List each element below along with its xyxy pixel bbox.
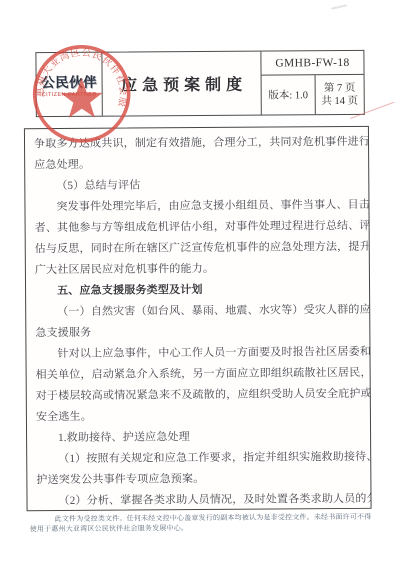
- section-heading: 五、应急支援服务类型及计划: [35, 279, 360, 302]
- page-current: 第 7 页: [324, 81, 356, 94]
- doc-meta-row: 版本: 1.0 第 7 页 共 14 页: [262, 75, 364, 115]
- control-notice-line2: 使用于惠州大亚湾区公民伙伴社会服务发展中心。: [30, 522, 380, 534]
- body-line: （5）总结与评估: [34, 174, 359, 197]
- gray-smudge-artifact: [331, 4, 347, 9]
- body-line: 1.救助接待、护送应急处理: [36, 426, 361, 449]
- body-line: 突发事件处理完毕后，由应急支援小组组员、事件当事人、目击: [34, 195, 359, 218]
- body-line: 相关单位，启动紧急介入系统，另一方面应立即组织疏散社区居民，: [36, 363, 361, 386]
- body-line: 者、其他参与方等组成危机评估小组，对事件处理过程进行总结、评: [35, 216, 360, 239]
- body-text-box: 争取多方达成共识，制定有效措施，合理分工，共同对危机事件进行 应急处理。 （5）…: [24, 126, 372, 511]
- document-title: 应急预案制度: [102, 52, 260, 116]
- scanned-page: 公民伙伴 CITIZEN-PARTNER 应急预案制度 GMHB-FW-18 版…: [0, 0, 400, 565]
- header-table: 公民伙伴 CITIZEN-PARTNER 应急预案制度 GMHB-FW-18 版…: [35, 50, 364, 117]
- body-line: 应急处理。: [34, 153, 359, 176]
- org-logo: 公民伙伴: [41, 71, 97, 91]
- body-line: （2）分析、掌握各类求助人员情况，及时处置各类求助人员的分: [36, 489, 361, 511]
- body-line: 估与反思，同时在所在辖区广泛宣传危机事件的应急处理方法，提升: [35, 237, 360, 260]
- body-line: 争取多方达成共识，制定有效措施，合理分工，共同对危机事件进行: [34, 132, 359, 155]
- control-notice: 此文件为受控类文件。任何未经文控中心盖章发行的副本均被认为是非受控文件。未经书面…: [30, 513, 380, 534]
- org-logo-subtitle: CITIZEN-PARTNER: [42, 92, 97, 98]
- doc-meta-block: GMHB-FW-18 版本: 1.0 第 7 页 共 14 页: [260, 51, 363, 115]
- body-line: 急支援服务: [35, 321, 360, 344]
- version-label: 版本: 1.0: [262, 75, 316, 114]
- doc-code: GMHB-FW-18: [261, 51, 363, 76]
- body-line: 对于楼层较高或情况紧急来不及疏散的，应组织受助人员安全庇护或: [36, 384, 361, 407]
- body-line: 广大社区居民应对危机事件的能力。: [35, 258, 360, 281]
- body-line: 安全逃生。: [36, 405, 361, 428]
- body-line: 针对以上应急事件，中心工作人员一方面要及时报告社区居委和: [35, 342, 360, 365]
- body-line: 护送突发公共事件专项应急预案。: [36, 468, 361, 491]
- page-total: 共 14 页: [321, 94, 358, 107]
- logo-cell: 公民伙伴 CITIZEN-PARTNER: [36, 53, 102, 116]
- body-line: （一）自然灾害（如台风、暴雨、地震、水灾等）受灾人群的应: [35, 300, 360, 323]
- body-line: （1）按照有关规定和应急工作要求，指定并组织实施救助接待、: [36, 447, 361, 470]
- page-indicator: 第 7 页 共 14 页: [316, 75, 364, 114]
